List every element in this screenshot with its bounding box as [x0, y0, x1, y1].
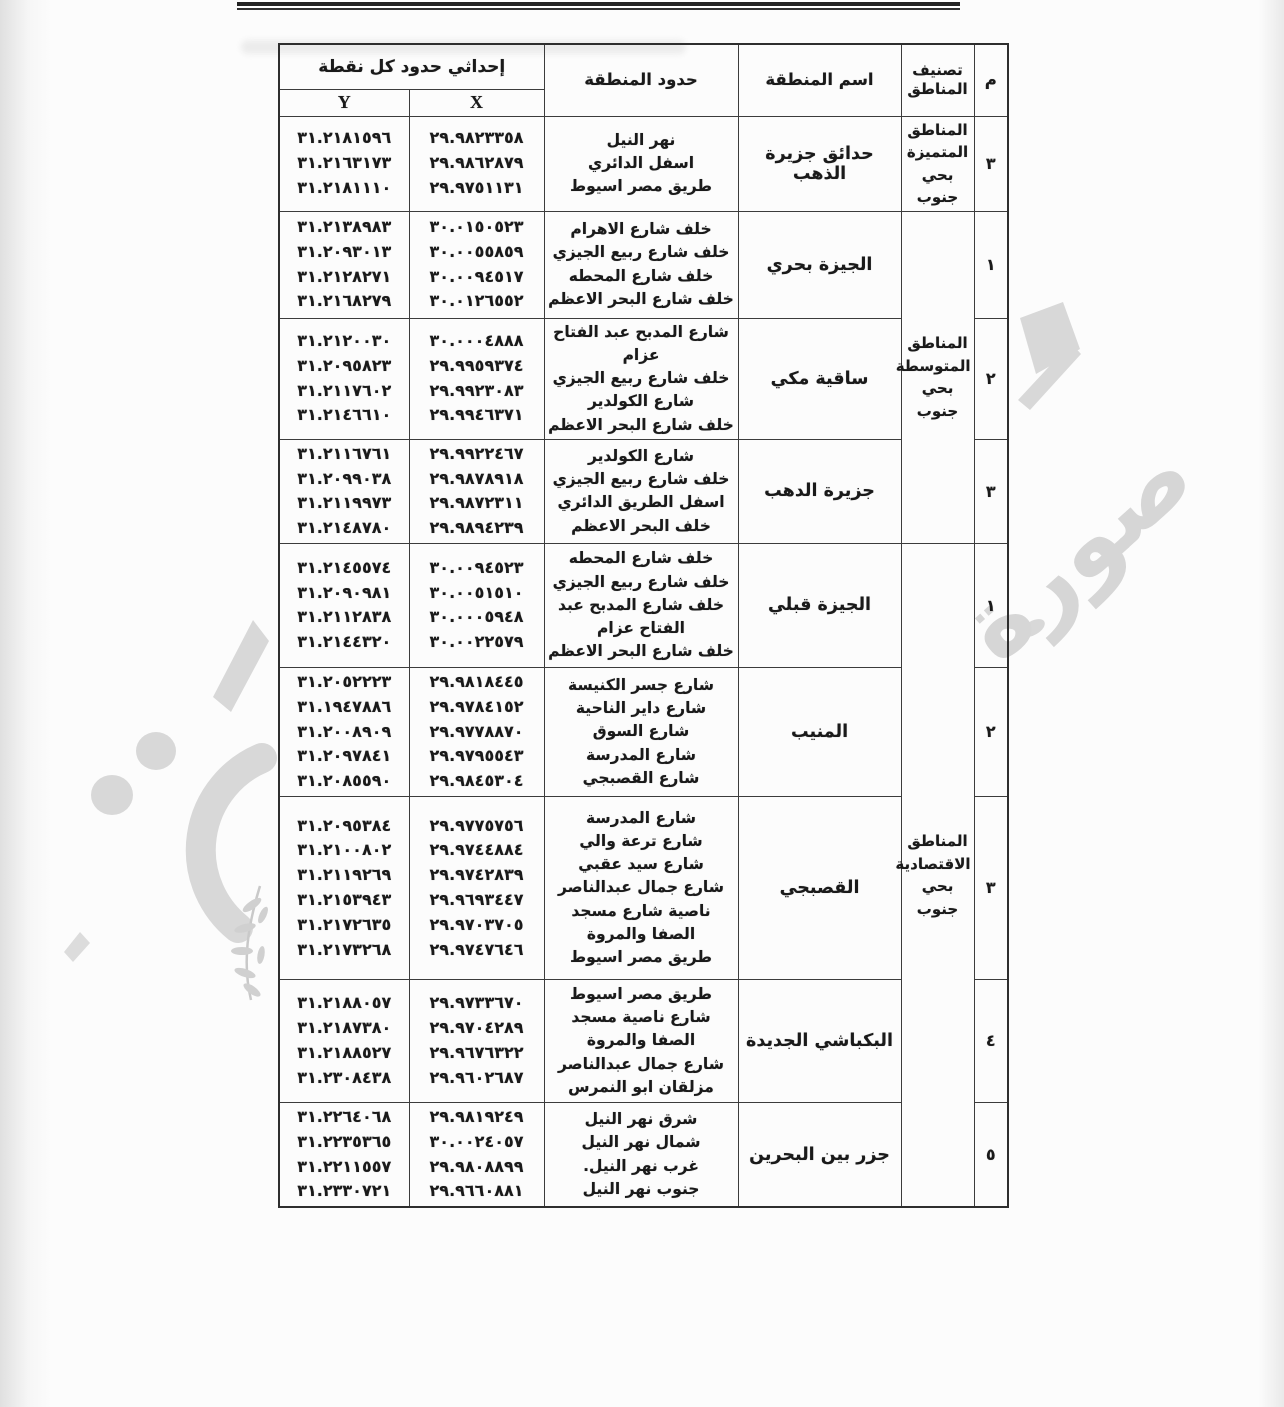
boundary-line: خلف شارع ربيع الجيزي: [548, 571, 735, 594]
stamp-diagonal-bar-icon: [1018, 343, 1081, 410]
boundary-line: طريق مصر اسيوط: [548, 175, 735, 198]
boundary-line: نهر النيل: [548, 129, 735, 152]
stamp-arc-icon: [201, 758, 262, 928]
boundary-line: اسفل الدائري: [548, 152, 735, 175]
coord-x: ٢٩.٩٩٥٩٣٧٤: [413, 354, 541, 379]
coord-x: ٢٩.٩٨١٩٢٤٩: [413, 1105, 541, 1130]
index-cell: ٥: [974, 1102, 1008, 1207]
coord-y: ٣١.٢٠٩٩٠٣٨: [283, 467, 406, 492]
boundary-line: طريق مصر اسيوط: [548, 983, 735, 1006]
coord-x: ٣٠.٠٠٢٢٥٧٩: [413, 630, 541, 655]
coord-y: ٣١.٢١٢٠٠٣٠: [283, 329, 406, 354]
boundary-line: شارع المدبح عبد الفتاح عزام: [548, 321, 735, 368]
boundary-line: شارع جمال عبدالناصر: [548, 1053, 735, 1076]
coord-x: ٢٩.٩٦٩٣٤٤٧: [413, 888, 541, 913]
coord-y: ٣١.٢١١٦٧٦١: [283, 442, 406, 467]
boundary-line: خلف البحر الاعظم: [548, 515, 735, 538]
boundary-line: خلف شارع البحر الاعظم: [548, 288, 735, 311]
coord-x: ٢٩.٩٧٥١١٣١: [413, 176, 541, 201]
coord-x: ٢٩.٩٩٢٣٠٨٣: [413, 379, 541, 404]
coord-y: ٣١.٢١١٩٩٧٣: [283, 491, 406, 516]
coord-y: ٣١.٢١٧٣٢٦٨: [283, 938, 406, 963]
coord-y: ٣١.٢١٢٨٢٧١: [283, 265, 406, 290]
stamp-fragment-icon: [1020, 302, 1080, 374]
area-name-cell: الجيزة قبلي: [738, 543, 901, 667]
coord-x: ٢٩.٩٨٧٨٩١٨: [413, 467, 541, 492]
header-area-name: اسم المنطقة: [738, 44, 901, 116]
boundary-line: شارع الكولدير: [548, 445, 735, 468]
coord-x: ٣٠.٠٠٩٤٥١٧: [413, 265, 541, 290]
index-cell: ٢: [974, 667, 1008, 796]
boundaries-cell: شارع الكولدير خلف شارع ربيع الجيزي اسفل …: [544, 439, 738, 543]
area-name-cell: جزر بين البحرين: [738, 1102, 901, 1207]
x-coords-cell: ٢٩.٩٨٢٣٣٥٨ ٢٩.٩٨٦٢٨٧٩ ٢٩.٩٧٥١١٣١: [409, 116, 544, 211]
coord-y: ٣١.٢١١٧٦٠٢: [283, 379, 406, 404]
coord-y: ٣١.٢٠٩٥٨٢٣: [283, 354, 406, 379]
y-coords-cell: ٣١.٢١٣٨٩٨٣ ٣١.٢٠٩٣٠١٣ ٣١.٢١٢٨٢٧١ ٣١.٢١٦٨…: [279, 211, 409, 318]
coord-y: ٣١.٢٢١١٥٥٧: [283, 1155, 406, 1180]
coord-x: ٢٩.٩٧٣٣٦٧٠: [413, 991, 541, 1016]
coord-y: ٣١.٢١١٢٨٣٨: [283, 605, 406, 630]
boundaries-cell: شرق نهر النيل شمال نهر النيل غرب نهر الن…: [544, 1102, 738, 1207]
coord-x: ٢٩.٩٨٦٢٨٧٩: [413, 151, 541, 176]
area-name-cell: حدائق جزيرة الذهب: [738, 116, 901, 211]
coord-x: ٢٩.٩٨٠٨٨٩٩: [413, 1155, 541, 1180]
coord-x: ٢٩.٩٧٠٣٧٠٥: [413, 913, 541, 938]
area-name-cell: المنيب: [738, 667, 901, 796]
y-coords-cell: ٣١.٢١٨٨٠٥٧ ٣١.٢١٨٧٣٨٠ ٣١.٢١٨٨٥٢٧ ٣١.٢٣٠٨…: [279, 979, 409, 1102]
coord-x: ٣٠.٠١٢٦٥٥٢: [413, 289, 541, 314]
boundaries-cell: طريق مصر اسيوط شارع ناصية مسجد الصفا وال…: [544, 979, 738, 1102]
boundary-line: شارع ناصية مسجد الصفا والمروة: [548, 1006, 735, 1053]
header-classification: تصنيف المناطق: [901, 44, 974, 116]
stamp-dot-icon: [136, 732, 176, 770]
header-x: X: [409, 89, 544, 116]
coord-y: ٣١.٢١٦٨٢٧٩: [283, 289, 406, 314]
header-boundaries: حدود المنطقة: [544, 44, 738, 116]
coord-x: ٢٩.٩٩٢٢٤٦٧: [413, 442, 541, 467]
coord-y: ٣١.٢٢٣٥٣٦٥: [283, 1130, 406, 1155]
coord-y: ٣١.٢١٤٨٧٨٠: [283, 516, 406, 541]
coord-y: ٣١.٢١٧٢٦٣٥: [283, 913, 406, 938]
header-index: م: [974, 44, 1008, 116]
table-row: ١ المناطق الاقتصادية بحي جنوب الجيزة قبل…: [279, 543, 1008, 667]
coord-x: ٢٩.٩٦٠٢٦٨٧: [413, 1066, 541, 1091]
coord-y: ٣١.٢١٨١١١٠: [283, 176, 406, 201]
area-name-cell: جزيرة الدهب: [738, 439, 901, 543]
coord-y: ٣١.٢٣٠٨٤٣٨: [283, 1066, 406, 1091]
boundary-line: شارع داير الناحية: [548, 697, 735, 720]
coord-x: ٢٩.٩٦٦٠٨٨١: [413, 1179, 541, 1204]
boundary-line: خلف شارع ربيع الجيزي: [548, 367, 735, 390]
boundary-line: غرب نهر النيل.: [548, 1155, 735, 1178]
y-coords-cell: ٣١.٢١٤٥٥٧٤ ٣١.٢٠٩٠٩٨١ ٣١.٢١١٢٨٣٨ ٣١.٢١٤٤…: [279, 543, 409, 667]
boundaries-cell: خلف شارع الاهرام خلف شارع ربيع الجيزي خل…: [544, 211, 738, 318]
index-cell: ٤: [974, 979, 1008, 1102]
area-name-cell: الجيزة بحري: [738, 211, 901, 318]
stamp-diagonal-bar-icon: [213, 620, 269, 712]
coord-x: ٣٠.٠٠٥١٥١٠: [413, 581, 541, 606]
coord-y: ٣١.٢١١٩٢٦٩: [283, 863, 406, 888]
boundary-line: خلف شارع البحر الاعظم: [548, 640, 735, 663]
boundary-line: ناصية شارع مسجد الصفا والمروة: [548, 900, 735, 947]
index-cell: ١: [974, 543, 1008, 667]
x-coords-cell: ٢٩.٩٩٢٢٤٦٧ ٢٩.٩٨٧٨٩١٨ ٢٩.٩٨٧٢٣١١ ٢٩.٩٨٩٤…: [409, 439, 544, 543]
classification-cell: المناطق المتوسطة بحي جنوب: [901, 211, 974, 543]
boundary-line: شارع المدرسة: [548, 744, 735, 767]
scanned-document-page: { "watermark": { "stamp_word": "صورة" },…: [0, 0, 1284, 1407]
boundaries-cell: خلف شارع المحطه خلف شارع ربيع الجيزي خلف…: [544, 543, 738, 667]
boundary-line: جنوب نهر النيل: [548, 1178, 735, 1201]
coord-x: ٢٩.٩٨٩٤٢٣٩: [413, 516, 541, 541]
index-cell: ٣: [974, 796, 1008, 979]
header-coordinates: إحداثي حدود كل نقطة: [279, 44, 544, 89]
page-top-double-rule: [237, 2, 960, 10]
coord-x: ٢٩.٩٧٤٢٨٣٩: [413, 863, 541, 888]
boundary-line: شارع سيد عقبي: [548, 853, 735, 876]
y-coords-cell: ٣١.٢٠٩٥٣٨٤ ٣١.٢١٠٠٨٠٢ ٣١.٢١١٩٢٦٩ ٣١.٢١٥٣…: [279, 796, 409, 979]
x-coords-cell: ٢٩.٩٧٣٣٦٧٠ ٢٩.٩٧٠٤٢٨٩ ٢٩.٩٦٧٦٣٢٢ ٢٩.٩٦٠٢…: [409, 979, 544, 1102]
area-name-cell: البكباشي الجديدة: [738, 979, 901, 1102]
table-row: ٣ جزيرة الدهب شارع الكولدير خلف شارع ربي…: [279, 439, 1008, 543]
stamp-dot-icon: [91, 775, 133, 815]
boundary-line: شارع المدرسة: [548, 807, 735, 830]
zones-coordinates-table: م تصنيف المناطق اسم المنطقة حدود المنطقة…: [278, 43, 1009, 1208]
x-coords-cell: ٢٩.٩٧٧٥٧٥٦ ٢٩.٩٧٤٤٨٨٤ ٢٩.٩٧٤٢٨٣٩ ٢٩.٩٦٩٣…: [409, 796, 544, 979]
stamp-dot-icon: [1018, 615, 1048, 640]
index-cell: ١: [974, 211, 1008, 318]
header-y: Y: [279, 89, 409, 116]
x-coords-cell: ٣٠.٠٠٩٤٥٢٣ ٣٠.٠٠٥١٥١٠ ٣٠.٠٠٠٥٩٤٨ ٣٠.٠٠٢٢…: [409, 543, 544, 667]
x-coords-cell: ٢٩.٩٨١٨٤٤٥ ٢٩.٩٧٨٤١٥٢ ٢٩.٩٧٧٨٨٧٠ ٢٩.٩٧٩٥…: [409, 667, 544, 796]
coord-y: ٣١.٢٢٦٤٠٦٨: [283, 1105, 406, 1130]
coord-y: ٣١.٢٣٣٠٧٢١: [283, 1179, 406, 1204]
coord-x: ٣٠.٠٠٠٤٨٨٨: [413, 329, 541, 354]
table-row: ٢ المنيب شارع جسر الكنيسة شارع داير النا…: [279, 667, 1008, 796]
coord-x: ٣٠.٠٠٩٤٥٢٣: [413, 556, 541, 581]
coord-x: ٢٩.٩٧٤٤٨٨٤: [413, 838, 541, 863]
coord-y: ٣١.٢٠٨٥٥٩٠: [283, 769, 406, 794]
boundary-line: خلف شارع الاهرام: [548, 218, 735, 241]
coord-y: ٣١.٢١٤٦٦١٠: [283, 403, 406, 428]
coord-y: ٣١.٢٠٩٣٠١٣: [283, 240, 406, 265]
coord-y: ٣١.٢١٨٨٥٢٧: [283, 1041, 406, 1066]
coord-x: ٢٩.٩٨١٨٤٤٥: [413, 670, 541, 695]
table-row: ٤ البكباشي الجديدة طريق مصر اسيوط شارع ن…: [279, 979, 1008, 1102]
boundary-line: شمال نهر النيل: [548, 1131, 735, 1154]
coord-y: ٣١.٢٠٩٠٩٨١: [283, 581, 406, 606]
coord-x: ٢٩.٩٧٨٤١٥٢: [413, 695, 541, 720]
boundary-line: شارع جمال عبدالناصر: [548, 876, 735, 899]
y-coords-cell: ٣١.٢٢٦٤٠٦٨ ٣١.٢٢٣٥٣٦٥ ٣١.٢٢١١٥٥٧ ٣١.٢٣٣٠…: [279, 1102, 409, 1207]
coord-y: ٣١.٢٠٥٢٢٢٣: [283, 670, 406, 695]
y-coords-cell: ٣١.٢١٢٠٠٣٠ ٣١.٢٠٩٥٨٢٣ ٣١.٢١١٧٦٠٢ ٣١.٢١٤٦…: [279, 318, 409, 439]
coord-y: ٣١.٢١٨٨٠٥٧: [283, 991, 406, 1016]
table-row: ٣ المناطق المتميزة بحي جنوب حدائق جزيرة …: [279, 116, 1008, 211]
table-row: ٥ جزر بين البحرين شرق نهر النيل شمال نهر…: [279, 1102, 1008, 1207]
coord-y: ٣١.٢١٥٣٩٤٣: [283, 888, 406, 913]
coord-x: ٢٩.٩٧٧٨٨٧٠: [413, 720, 541, 745]
boundary-line: شارع ترعة والي: [548, 830, 735, 853]
classification-cell: المناطق المتميزة بحي جنوب: [901, 116, 974, 211]
coord-x: ٢٩.٩٨٢٣٣٥٨: [413, 126, 541, 151]
boundary-line: اسفل الطريق الدائري: [548, 491, 735, 514]
coord-x: ٢٩.٩٧٩٥٥٤٣: [413, 744, 541, 769]
coord-y: ٣١.٢٠٩٥٣٨٤: [283, 814, 406, 839]
coord-y: ٣١.٢١٠٠٨٠٢: [283, 838, 406, 863]
boundary-line: خلف شارع المحطه: [548, 265, 735, 288]
boundary-line: شارع السوق: [548, 720, 735, 743]
boundaries-cell: شارع المدرسة شارع ترعة والي شارع سيد عقب…: [544, 796, 738, 979]
coord-x: ٣٠.٠٠٢٤٠٥٧: [413, 1130, 541, 1155]
area-name-cell: ساقية مكي: [738, 318, 901, 439]
coord-x: ٢٩.٩٩٤٦٣٧١: [413, 403, 541, 428]
coord-x: ٢٩.٩٨٤٥٣٠٤: [413, 769, 541, 794]
coord-x: ٣٠.٠١٥٠٥٢٣: [413, 215, 541, 240]
boundaries-cell: شارع المدبح عبد الفتاح عزام خلف شارع ربي…: [544, 318, 738, 439]
coord-y: ٣١.٢١٤٤٣٢٠: [283, 630, 406, 655]
boundary-line: شارع جسر الكنيسة: [548, 674, 735, 697]
index-cell: ٢: [974, 318, 1008, 439]
coord-x: ٣٠.٠٠٥٥٨٥٩: [413, 240, 541, 265]
table-row: ١ المناطق المتوسطة بحي جنوب الجيزة بحري …: [279, 211, 1008, 318]
y-coords-cell: ٣١.٢١١٦٧٦١ ٣١.٢٠٩٩٠٣٨ ٣١.٢١١٩٩٧٣ ٣١.٢١٤٨…: [279, 439, 409, 543]
boundary-line: شارع الكولدير: [548, 390, 735, 413]
boundary-line: شرق نهر النيل: [548, 1108, 735, 1131]
boundary-line: خلف شارع المحطه: [548, 547, 735, 570]
coord-y: ٣١.٢٠٩٧٨٤١: [283, 744, 406, 769]
boundary-line: خلف شارع البحر الاعظم: [548, 414, 735, 437]
x-coords-cell: ٣٠.٠١٥٠٥٢٣ ٣٠.٠٠٥٥٨٥٩ ٣٠.٠٠٩٤٥١٧ ٣٠.٠١٢٦…: [409, 211, 544, 318]
y-coords-cell: ٣١.٢١٨١٥٩٦ ٣١.٢١٦٣١٧٣ ٣١.٢١٨١١١٠: [279, 116, 409, 211]
coord-x: ٢٩.٩٧٧٥٧٥٦: [413, 814, 541, 839]
coord-x: ٢٩.٩٧٤٧٦٤٦: [413, 938, 541, 963]
coord-y: ٣١.٢٠٠٨٩٠٩: [283, 720, 406, 745]
coord-y: ٣١.٢١٦٣١٧٣: [283, 151, 406, 176]
classification-cell: المناطق الاقتصادية بحي جنوب: [901, 543, 974, 1207]
x-coords-cell: ٢٩.٩٨١٩٢٤٩ ٣٠.٠٠٢٤٠٥٧ ٢٩.٩٨٠٨٨٩٩ ٢٩.٩٦٦٠…: [409, 1102, 544, 1207]
stamp-fragment-icon: [64, 932, 90, 962]
coord-x: ٢٩.٩٦٧٦٣٢٢: [413, 1041, 541, 1066]
boundaries-cell: نهر النيل اسفل الدائري طريق مصر اسيوط: [544, 116, 738, 211]
boundaries-cell: شارع جسر الكنيسة شارع داير الناحية شارع …: [544, 667, 738, 796]
coord-x: ٢٩.٩٨٧٢٣١١: [413, 491, 541, 516]
coord-y: ٣١.١٩٤٧٨٨٦: [283, 695, 406, 720]
index-cell: ٣: [974, 116, 1008, 211]
coord-y: ٣١.٢١٣٨٩٨٣: [283, 215, 406, 240]
coord-y: ٣١.٢١٤٥٥٧٤: [283, 556, 406, 581]
coord-x: ٣٠.٠٠٠٥٩٤٨: [413, 605, 541, 630]
boundary-line: خلف شارع المدبح عبد الفتاح عزام: [548, 594, 735, 641]
laurel-branch-icon: [231, 886, 270, 1000]
coord-y: ٣١.٢١٨١٥٩٦: [283, 126, 406, 151]
coord-x: ٢٩.٩٧٠٤٢٨٩: [413, 1016, 541, 1041]
x-coords-cell: ٣٠.٠٠٠٤٨٨٨ ٢٩.٩٩٥٩٣٧٤ ٢٩.٩٩٢٣٠٨٣ ٢٩.٩٩٤٦…: [409, 318, 544, 439]
y-coords-cell: ٣١.٢٠٥٢٢٢٣ ٣١.١٩٤٧٨٨٦ ٣١.٢٠٠٨٩٠٩ ٣١.٢٠٩٧…: [279, 667, 409, 796]
boundary-line: طريق مصر اسيوط: [548, 946, 735, 969]
index-cell: ٣: [974, 439, 1008, 543]
area-name-cell: القصبجي: [738, 796, 901, 979]
boundary-line: خلف شارع ربيع الجيزي: [548, 241, 735, 264]
scan-edge-shadow-right: [1258, 0, 1284, 1407]
scan-edge-shadow-left: [0, 0, 52, 1407]
table-row: ٢ ساقية مكي شارع المدبح عبد الفتاح عزام …: [279, 318, 1008, 439]
coord-y: ٣١.٢١٨٧٣٨٠: [283, 1016, 406, 1041]
table-row: ٣ القصبجي شارع المدرسة شارع ترعة والي شا…: [279, 796, 1008, 979]
boundary-line: خلف شارع ربيع الجيزي: [548, 468, 735, 491]
boundary-line: شارع القصبجي: [548, 767, 735, 790]
boundary-line: مزلقان ابو النمرس: [548, 1076, 735, 1099]
